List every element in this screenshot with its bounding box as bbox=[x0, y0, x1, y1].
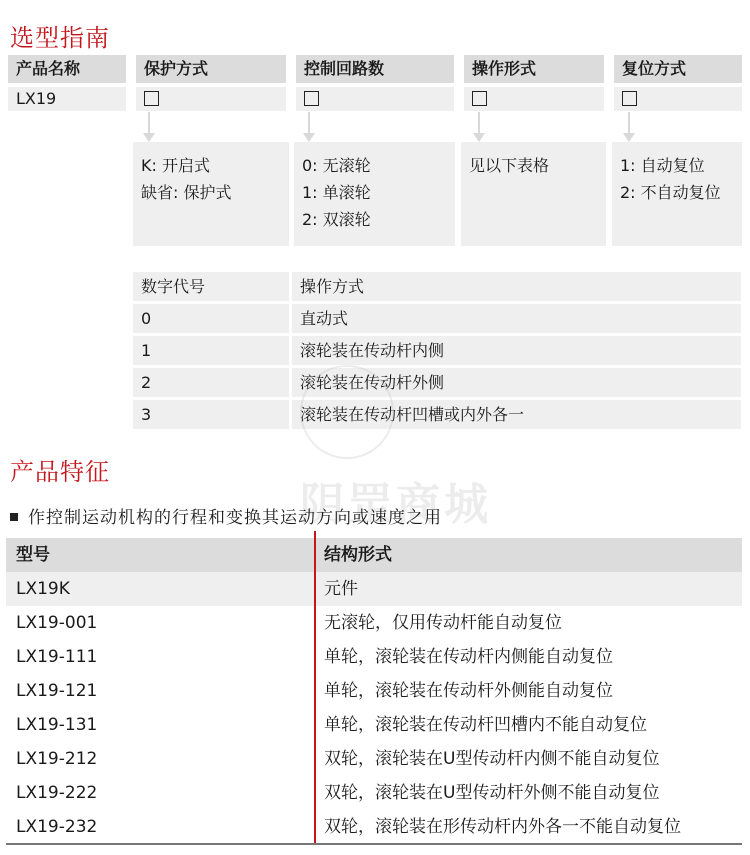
option-item: 2: 不自动复位 bbox=[620, 179, 734, 206]
table-row: 2 滚轮装在传动杆外侧 bbox=[133, 368, 741, 397]
table-cell: LX19-121 bbox=[6, 674, 314, 708]
table-bottom-rule bbox=[6, 843, 742, 845]
checkbox-icon bbox=[472, 91, 487, 106]
table-cell: 直动式 bbox=[292, 304, 741, 333]
table-row: LX19K 元件 bbox=[6, 572, 742, 606]
header-product-name: 产品名称 bbox=[8, 55, 126, 83]
table-header-cell: 数字代号 bbox=[133, 272, 289, 301]
table-row: LX19-131 单轮，滚轮装在传动杆凹槽内不能自动复位 bbox=[6, 708, 742, 742]
arrow-down-icon bbox=[628, 112, 630, 134]
table-cell: LX19-111 bbox=[6, 640, 314, 674]
selection-guide-title: 选型指南 bbox=[10, 18, 110, 53]
table-row: 0 直动式 bbox=[133, 304, 741, 333]
table-cell: 1 bbox=[133, 336, 289, 365]
table-cell: 单轮，滚轮装在传动杆凹槽内不能自动复位 bbox=[314, 708, 742, 742]
table-row: LX19-212 双轮，滚轮装在U型传动杆内侧不能自动复位 bbox=[6, 742, 742, 776]
bullet-square-icon bbox=[10, 513, 18, 521]
table-header-cell: 结构形式 bbox=[314, 538, 742, 572]
table-cell: 双轮，滚轮装在U型传动杆外侧不能自动复位 bbox=[314, 776, 742, 810]
value-operation bbox=[464, 87, 604, 111]
option-item: 缺省: 保护式 bbox=[141, 179, 281, 206]
value-product-name: LX19 bbox=[8, 87, 126, 111]
arrow-down-icon bbox=[308, 112, 310, 134]
options-protection: K: 开启式 缺省: 保护式 bbox=[133, 142, 289, 246]
header-operation: 操作形式 bbox=[464, 55, 604, 83]
checkbox-icon bbox=[622, 91, 637, 106]
table-cell: LX19-232 bbox=[6, 810, 314, 844]
option-item: 见以下表格 bbox=[469, 152, 598, 179]
header-circuits: 控制回路数 bbox=[296, 55, 454, 83]
value-reset bbox=[614, 87, 742, 111]
table-header-cell: 操作方式 bbox=[292, 272, 741, 301]
table-header-cell: 型号 bbox=[6, 538, 314, 572]
table-cell: 滚轮装在传动杆内侧 bbox=[292, 336, 741, 365]
option-item: 1: 单滚轮 bbox=[302, 179, 447, 206]
option-item: K: 开启式 bbox=[141, 152, 281, 179]
column-divider bbox=[314, 531, 316, 845]
table-header-row: 型号 结构形式 bbox=[6, 538, 742, 572]
options-reset: 1: 自动复位 2: 不自动复位 bbox=[612, 142, 742, 246]
header-protection: 保护方式 bbox=[136, 55, 286, 83]
table-row: 3 滚轮装在传动杆凹槽或内外各一 bbox=[133, 400, 741, 429]
option-item: 1: 自动复位 bbox=[620, 152, 734, 179]
option-item: 2: 双滚轮 bbox=[302, 206, 447, 233]
table-cell: 无滚轮，仅用传动杆能自动复位 bbox=[314, 606, 742, 640]
arrow-down-icon bbox=[478, 112, 480, 134]
operation-table: 数字代号 操作方式 0 直动式 1 滚轮装在传动杆内侧 2 滚轮装在传动杆外侧 … bbox=[133, 272, 741, 432]
table-row: LX19-121 单轮，滚轮装在传动杆外侧能自动复位 bbox=[6, 674, 742, 708]
table-cell: LX19-001 bbox=[6, 606, 314, 640]
table-cell: 单轮，滚轮装在传动杆外侧能自动复位 bbox=[314, 674, 742, 708]
arrow-down-icon bbox=[148, 112, 150, 134]
table-cell: 滚轮装在传动杆外侧 bbox=[292, 368, 741, 397]
table-row: LX19-222 双轮，滚轮装在U型传动杆外侧不能自动复位 bbox=[6, 776, 742, 810]
checkbox-icon bbox=[304, 91, 319, 106]
table-row: LX19-111 单轮，滚轮装在传动杆内侧能自动复位 bbox=[6, 640, 742, 674]
value-circuits bbox=[296, 87, 454, 111]
table-cell: LX19-131 bbox=[6, 708, 314, 742]
table-row: LX19-001 无滚轮，仅用传动杆能自动复位 bbox=[6, 606, 742, 640]
features-title: 产品特征 bbox=[10, 452, 110, 487]
table-cell: LX19-212 bbox=[6, 742, 314, 776]
value-protection bbox=[136, 87, 286, 111]
table-header-row: 数字代号 操作方式 bbox=[133, 272, 741, 301]
option-item: 0: 无滚轮 bbox=[302, 152, 447, 179]
table-cell: 0 bbox=[133, 304, 289, 333]
options-circuits: 0: 无滚轮 1: 单滚轮 2: 双滚轮 bbox=[294, 142, 455, 246]
checkbox-icon bbox=[144, 91, 159, 106]
table-cell: 双轮，滚轮装在U型传动杆内侧不能自动复位 bbox=[314, 742, 742, 776]
options-operation: 见以下表格 bbox=[461, 142, 606, 246]
table-cell: 双轮，滚轮装在形传动杆内外各一不能自动复位 bbox=[314, 810, 742, 844]
table-cell: LX19K bbox=[6, 572, 314, 606]
table-row: LX19-232 双轮，滚轮装在形传动杆内外各一不能自动复位 bbox=[6, 810, 742, 844]
table-cell: 元件 bbox=[314, 572, 742, 606]
model-table: 型号 结构形式 LX19K 元件 LX19-001 无滚轮，仅用传动杆能自动复位… bbox=[6, 538, 742, 844]
table-cell: 2 bbox=[133, 368, 289, 397]
feature-text: 作控制运动机构的行程和变换其运动方向或速度之用 bbox=[28, 508, 442, 528]
table-cell: LX19-222 bbox=[6, 776, 314, 810]
table-cell: 单轮，滚轮装在传动杆内侧能自动复位 bbox=[314, 640, 742, 674]
header-reset: 复位方式 bbox=[614, 55, 742, 83]
table-cell: 3 bbox=[133, 400, 289, 429]
feature-bullet: 作控制运动机构的行程和变换其运动方向或速度之用 bbox=[10, 503, 442, 528]
table-row: 1 滚轮装在传动杆内侧 bbox=[133, 336, 741, 365]
table-cell: 滚轮装在传动杆凹槽或内外各一 bbox=[292, 400, 741, 429]
